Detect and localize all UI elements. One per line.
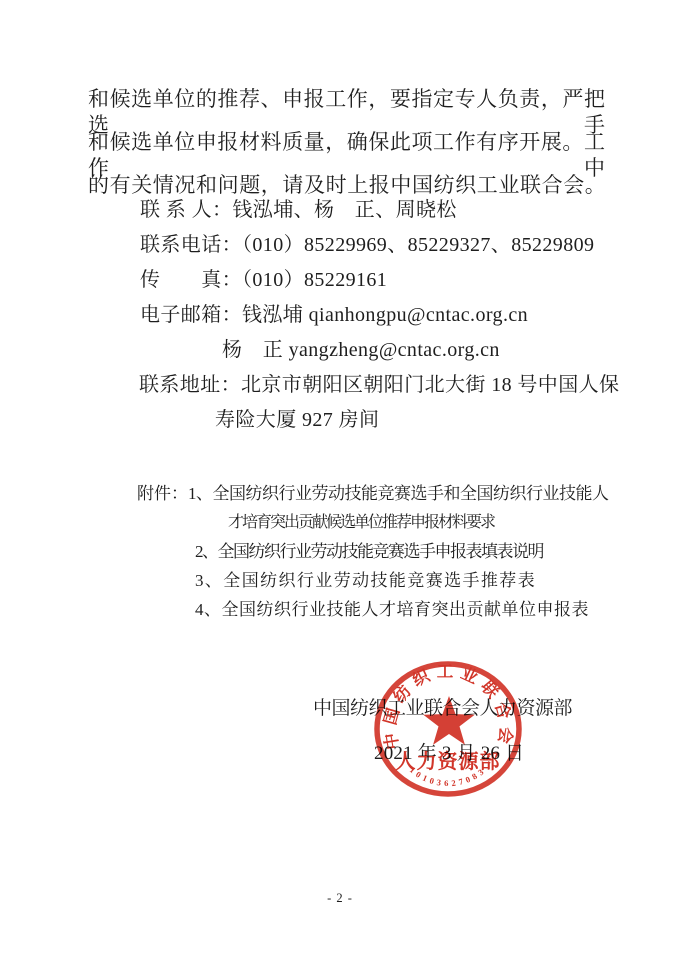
- official-seal: 中国纺织工业联合会 人力资源部 10103627083: [353, 643, 545, 825]
- contact-address-line: 联系地址：北京市朝阳区朝阳门北大街 18 号中国人保: [139, 373, 619, 398]
- contact-phone-line: 联系电话：（010）85229969、85229327、85229809: [140, 233, 594, 258]
- contact-email-line: 杨 正 yangzheng@cntac.org.cn: [222, 338, 500, 363]
- page-number: - 2 -: [0, 891, 680, 906]
- seal-star-icon: [423, 696, 474, 745]
- attachment-item: 才培育突出贡献候选单位推荐申报材料要求: [228, 513, 494, 533]
- contact-address-line: 寿险大厦 927 房间: [215, 408, 379, 433]
- contact-fax-line: 传 真：（010）85229161: [140, 268, 387, 293]
- attachment-item: 3、全国纺织行业劳动技能竞赛选手推荐表: [195, 570, 536, 591]
- document-page: 和候选单位的推荐、申报工作，要指定专人负责，严把选手 和候选单位申报材料质量，确…: [0, 0, 680, 961]
- body-paragraph-line: 的有关情况和问题，请及时上报中国纺织工业联合会。: [88, 172, 606, 198]
- contact-person-line: 联 系 人：钱泓埔、杨 正、周晓松: [140, 198, 457, 223]
- attachment-item: 4、全国纺织行业技能人才培育突出贡献单位申报表: [195, 599, 589, 620]
- attachment-item: 2、全国纺织行业劳动技能竞赛选手申报表填表说明: [195, 541, 543, 562]
- attachment-item: 1、全国纺织行业劳动技能竞赛选手和全国纺织行业技能人: [188, 483, 609, 504]
- attachments-label: 附件：: [137, 483, 188, 504]
- contact-email-line: 电子邮箱：钱泓埔 qianhongpu@cntac.org.cn: [140, 303, 528, 328]
